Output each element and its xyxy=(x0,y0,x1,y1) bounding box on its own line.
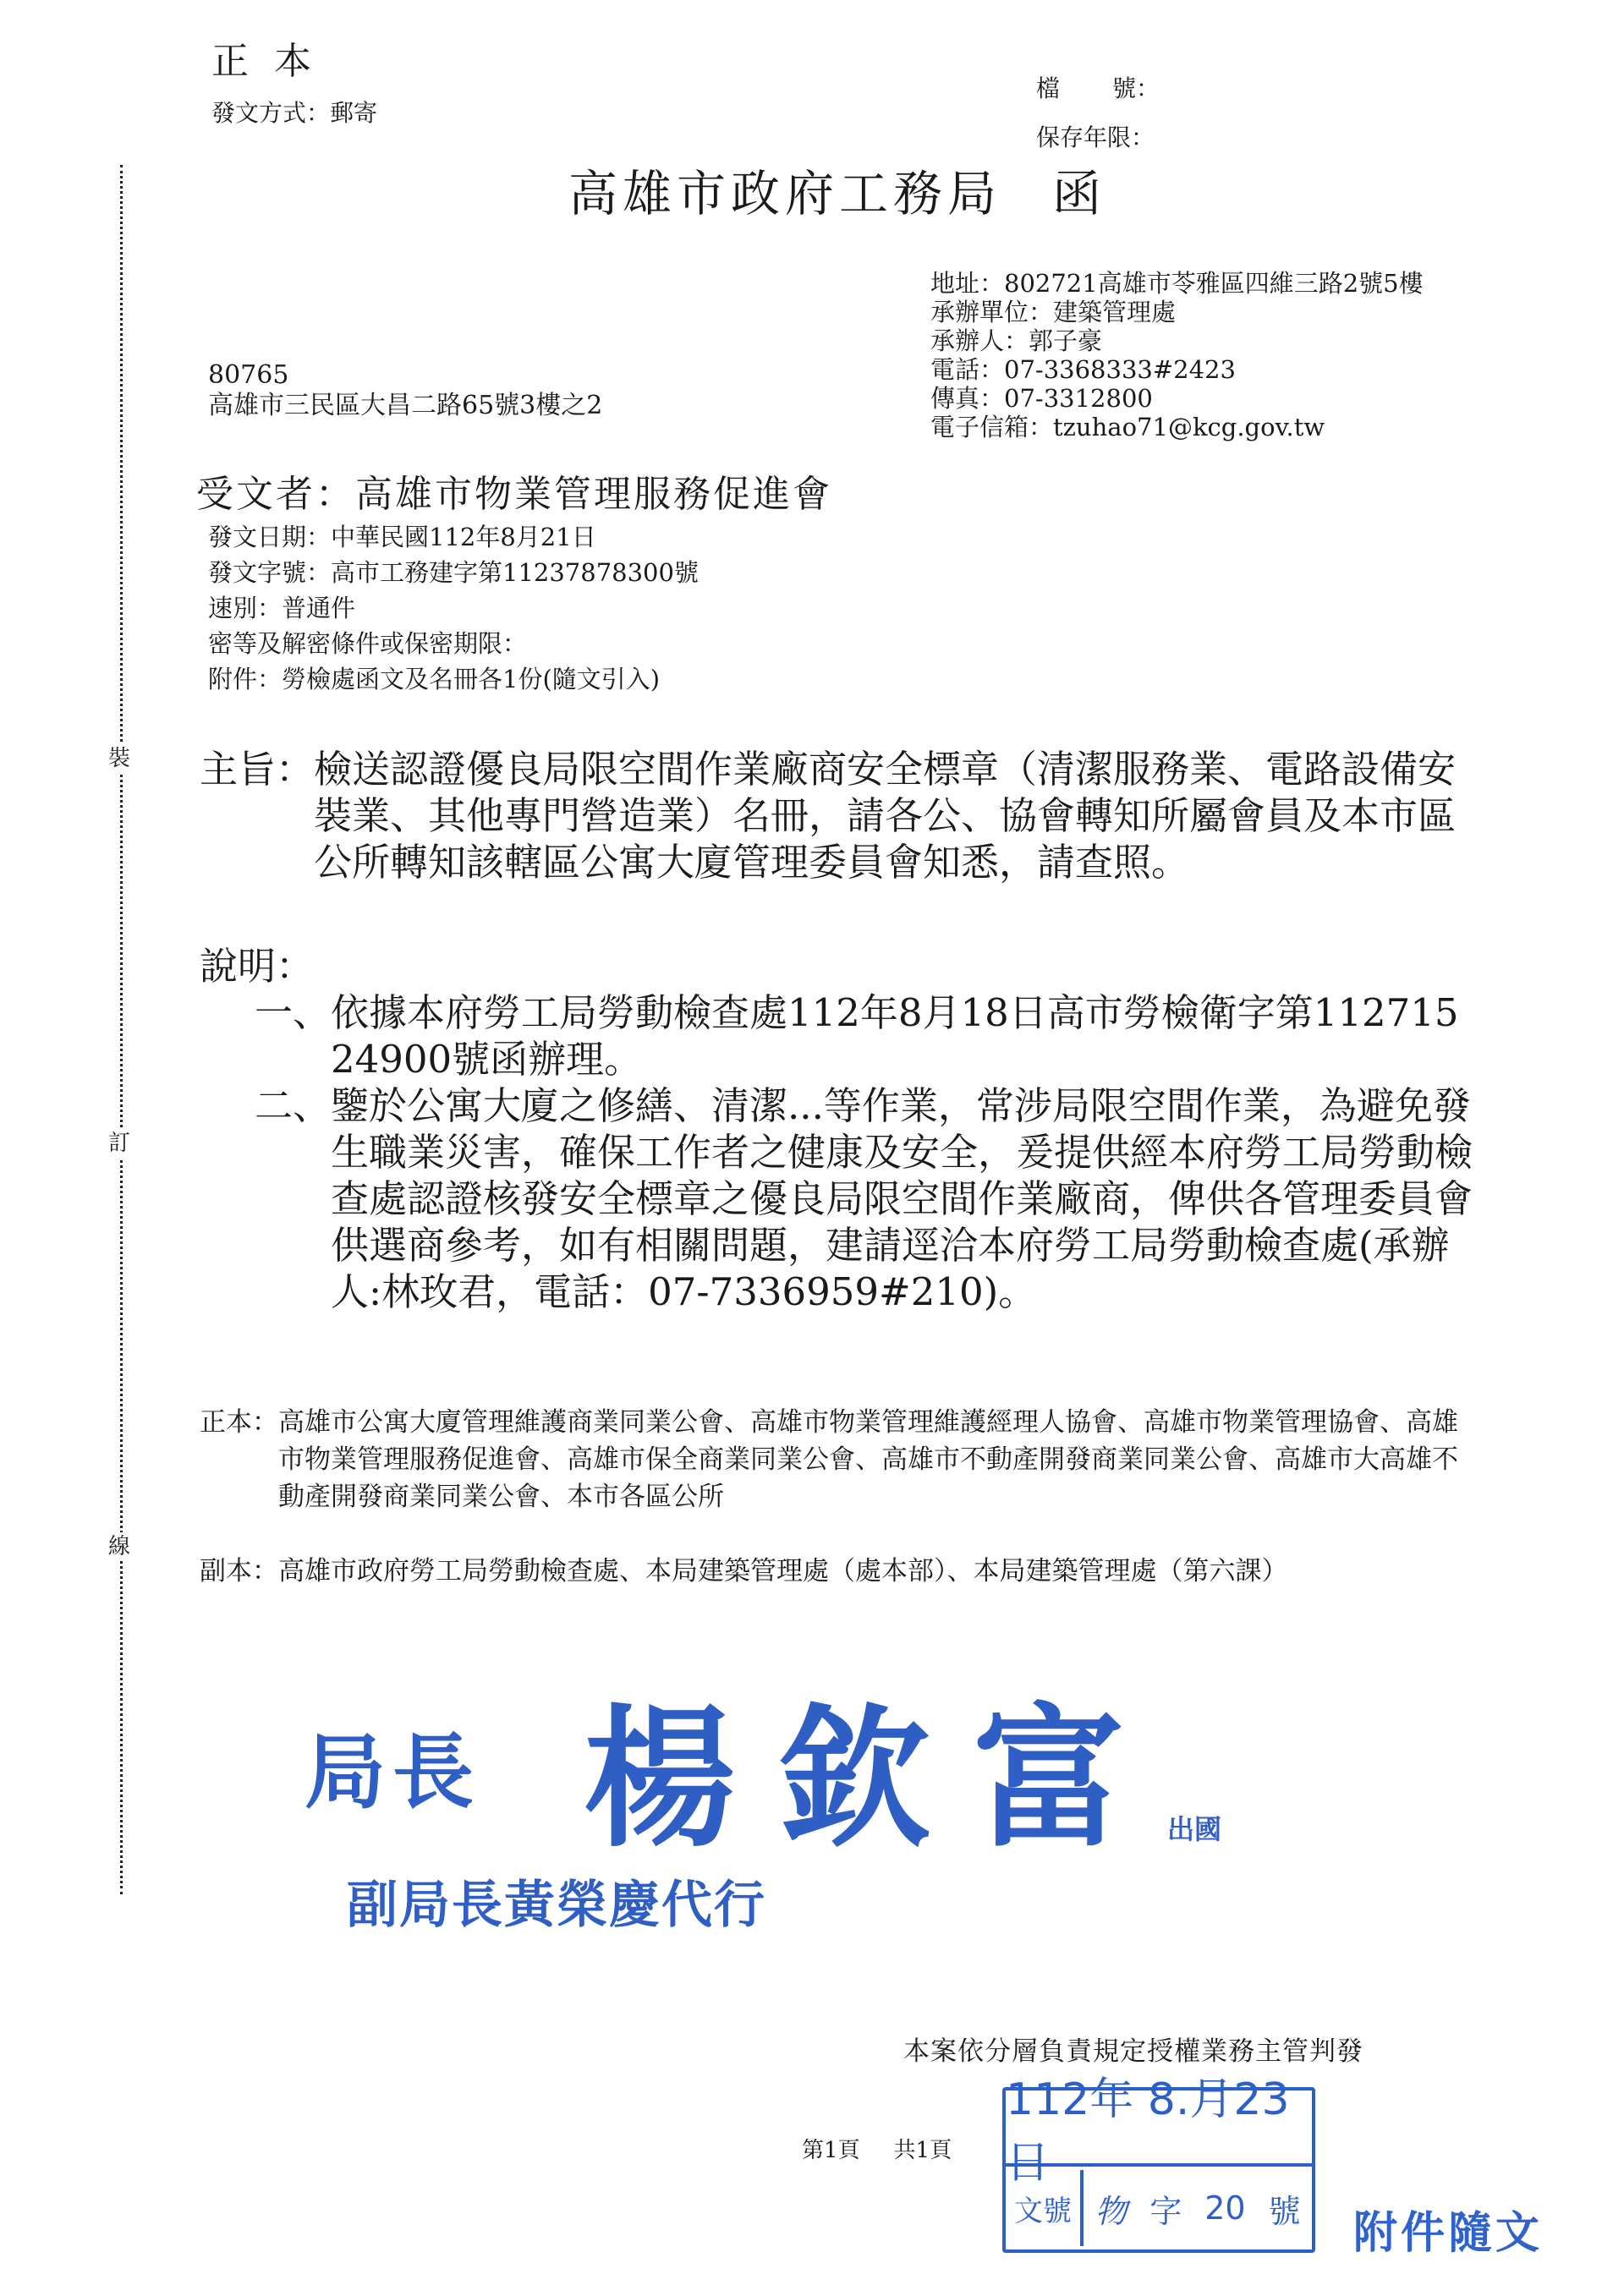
fax: 傳真：07-3312800 xyxy=(930,384,1424,413)
distribution-copy-list: 高雄市政府勞工局勞動檢查處、本局建築管理處（處本部）、本局建築管理處（第六課） xyxy=(278,1553,1477,1590)
handler-name: 承辦人：郭子豪 xyxy=(930,326,1424,355)
send-method-value: 郵寄 xyxy=(330,99,377,127)
binding-char-xian: 線 xyxy=(108,1532,130,1561)
agency-name: 高雄市政府工務局 xyxy=(568,165,1001,222)
authority-note: 本案依分層負責規定授權業務主管判發 xyxy=(903,2030,1363,2068)
document-kind: 函 xyxy=(1052,165,1106,222)
binding-char-zhuang: 裝 xyxy=(108,744,130,773)
explanation-item: 一、 依據本府勞工局勞動檢查處112年8月18日高市勞檢衛字第112715249… xyxy=(200,989,1477,1082)
copy-type: 正本 xyxy=(211,30,337,85)
receipt-doc-char: 字 xyxy=(1149,2185,1182,2232)
explanation-item-number: 一、 xyxy=(200,989,331,1082)
distribution-main: 正本： 高雄市公寓大廈管理維護商業同業公會、高雄市物業管理維護經理人協會、高雄市… xyxy=(200,1404,1477,1515)
document-meta: 發文日期：中華民國112年8月21日 發文字號：高市工務建字第112378783… xyxy=(208,519,699,697)
binding-char-ding: 訂 xyxy=(108,1129,130,1158)
issue-date: 發文日期：中華民國112年8月21日 xyxy=(208,519,699,555)
archive-info: 檔號： 保存年限： xyxy=(1036,64,1160,162)
receipt-doc-prefix: 物 xyxy=(1095,2185,1127,2232)
send-method: 發文方式：郵寄 xyxy=(211,95,377,129)
recipient-street-address: 高雄市三民區大昌二路65號3樓之2 xyxy=(208,391,602,421)
explanation-item-text: 鑒於公寓大廈之修繕、清潔...等作業，常涉局限空間作業，為避免發生職業災害，確保… xyxy=(331,1082,1477,1315)
recipient-postal-code: 80765 xyxy=(208,360,602,391)
explanation-label: 說明： xyxy=(200,943,1477,989)
send-method-label: 發文方式： xyxy=(211,99,330,127)
receipt-doc-number-value: 20 xyxy=(1204,2189,1245,2227)
receiver-label: 受文者： xyxy=(196,473,355,516)
receipt-stamp: 112年 8.月23日 文號 物 字 20 號 xyxy=(1002,2087,1315,2253)
signature-note: 出國 xyxy=(1167,1808,1221,1847)
receipt-doc-suffix: 號 xyxy=(1269,2185,1301,2232)
attachments: 附件：勞檢處函文及名冊各1份(隨文引入) xyxy=(208,661,699,697)
distribution-main-label: 正本： xyxy=(200,1404,278,1515)
recipient-address: 80765 高雄市三民區大昌二路65號3樓之2 xyxy=(208,360,602,421)
distribution-copy: 副本： 高雄市政府勞工局勞動檢查處、本局建築管理處（處本部）、本局建築管理處（第… xyxy=(200,1553,1477,1590)
signature-title: 局長 xyxy=(304,1708,480,1824)
receiver-name: 高雄市物業管理服務促進會 xyxy=(355,473,832,516)
email: 電子信箱：tzuhao71@kcg.gov.tw xyxy=(930,413,1424,441)
attachment-stamp: 附件隨文 xyxy=(1353,2197,1543,2260)
page-current: 第1頁 xyxy=(802,2138,860,2163)
document-title: 高雄市政府工務局函 xyxy=(568,154,1106,225)
delivery-speed: 速別：普通件 xyxy=(208,590,699,626)
explanation-item-number: 二、 xyxy=(200,1082,331,1315)
receipt-doc-number-label: 文號 xyxy=(1006,2170,1084,2246)
phone: 電話：07-3368333#2423 xyxy=(930,355,1424,384)
document-number: 發文字號：高市工務建字第11237878300號 xyxy=(208,555,699,590)
explanation-item-text: 依據本府勞工局勞動檢查處112年8月18日高市勞檢衛字第11271524900號… xyxy=(331,989,1477,1082)
distribution-copy-label: 副本： xyxy=(200,1553,278,1590)
subject: 主旨： 檢送認證優良局限空間作業廠商安全標章（清潔服務業、電路設備安裝業、其他專… xyxy=(200,746,1477,885)
sender-address: 地址：802721高雄市苓雅區四維三路2號5樓 xyxy=(930,269,1424,298)
subject-text: 檢送認證優良局限空間作業廠商安全標章（清潔服務業、電路設備安裝業、其他專門營造業… xyxy=(314,746,1477,885)
binding-margin-line xyxy=(120,165,123,1894)
receiver: 受文者：高雄市物業管理服務促進會 xyxy=(196,463,832,518)
page-number: 第1頁共1頁 xyxy=(802,2133,952,2164)
sender-contact: 地址：802721高雄市苓雅區四維三路2號5樓 承辦單位：建築管理處 承辦人：郭… xyxy=(930,269,1424,441)
receipt-doc-number: 文號 物 字 20 號 xyxy=(1006,2170,1312,2246)
archive-number: 檔號： xyxy=(1036,64,1160,113)
receipt-date: 112年 8.月23日 xyxy=(1006,2091,1312,2167)
page-total: 共1頁 xyxy=(894,2138,952,2163)
signature-deputy: 副局長黃榮慶代行 xyxy=(347,1865,766,1937)
explanation-list: 一、 依據本府勞工局勞動檢查處112年8月18日高市勞檢衛字第112715249… xyxy=(200,989,1477,1315)
handling-unit: 承辦單位：建築管理處 xyxy=(930,298,1424,326)
explanation-item: 二、 鑒於公寓大廈之修繕、清潔...等作業，常涉局限空間作業，為避免發生職業災害… xyxy=(200,1082,1477,1315)
secrecy-level: 密等及解密條件或保密期限： xyxy=(208,626,699,661)
subject-label: 主旨： xyxy=(200,746,314,885)
signature-name: 楊欽富 xyxy=(584,1658,1167,1876)
distribution-main-list: 高雄市公寓大廈管理維護商業同業公會、高雄市物業管理維護經理人協會、高雄市物業管理… xyxy=(278,1404,1477,1515)
